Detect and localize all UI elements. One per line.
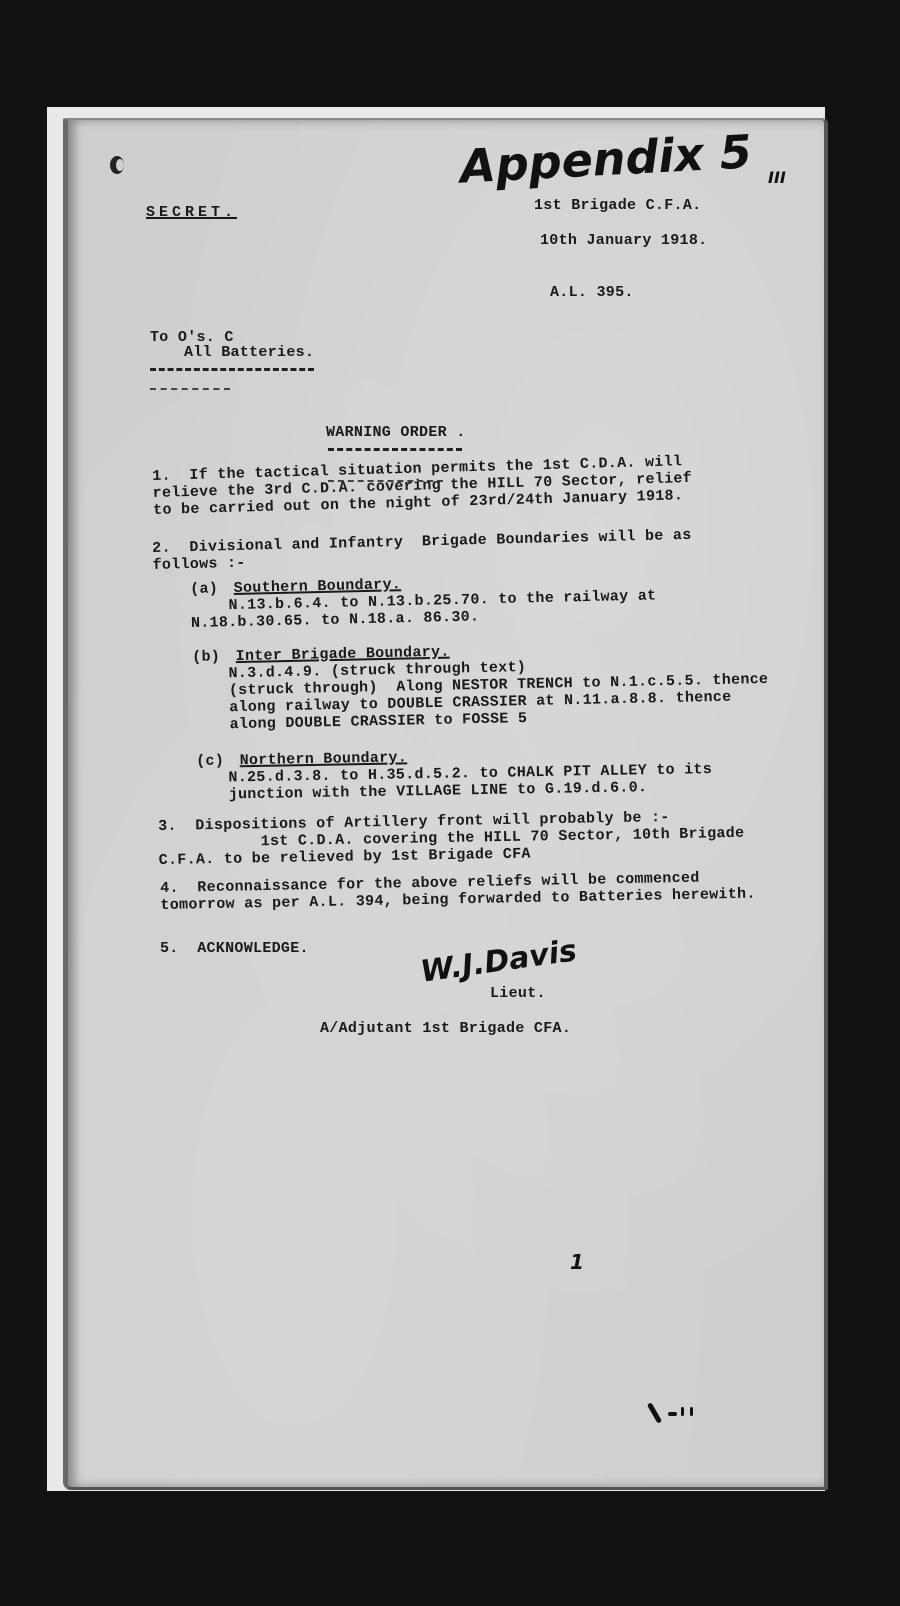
pencil-mark [690, 1407, 693, 1416]
title-underline [328, 448, 462, 451]
divider [150, 388, 230, 390]
paragraph-2b: (b) Inter Brigade Boundary. N.3.d.4.9. (… [192, 637, 733, 734]
page-tally-marks: III [768, 168, 786, 187]
paragraph-2a: (a) Southern Boundary. N.13.b.6.4. to N.… [190, 570, 619, 632]
paragraph-3: 3. Dispositions of Artillery front will … [158, 808, 745, 869]
paragraph-2c: (c) Northern Boundary. N.25.d.3.8. to H.… [196, 744, 681, 804]
divider [150, 368, 314, 371]
order-title: WARNING ORDER . [326, 424, 466, 441]
pencil-mark [668, 1412, 677, 1416]
signatory-title: A/Adjutant 1st Brigade CFA. [320, 1020, 571, 1037]
page-number: 1 [570, 1250, 584, 1274]
addressee-line-2: All Batteries. [184, 344, 314, 361]
unit-name: 1st Brigade C.F.A. [534, 197, 701, 214]
signatory-rank: Lieut. [490, 985, 546, 1002]
pencil-mark [681, 1407, 684, 1416]
classification-label: SECRET. [146, 204, 237, 221]
document-page [63, 118, 828, 1490]
paragraph-5-acknowledge: 5. ACKNOWLEDGE. [160, 940, 309, 957]
reference-number: A.L. 395. [550, 284, 634, 301]
punch-hole [110, 156, 124, 174]
document-date: 10th January 1918. [540, 232, 707, 249]
